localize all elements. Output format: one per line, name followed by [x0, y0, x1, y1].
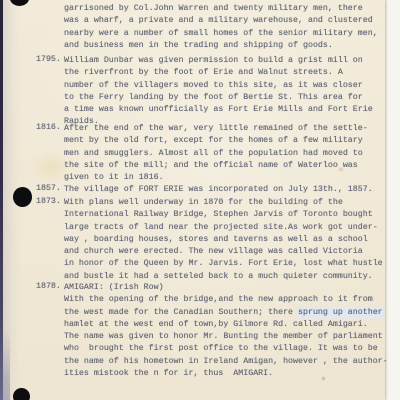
typed-line: the west made for the Canadian Southern;… [64, 307, 386, 319]
typed-line: and church were erected. The new village… [64, 246, 386, 258]
entry-year: 1857. [36, 184, 61, 193]
typed-line: given to it in 1816. [64, 172, 386, 184]
typed-line: William Dunbar was given permission to b… [64, 55, 386, 67]
entry-year: 1878. [36, 282, 61, 291]
typed-segment: the west made for the Canadian Southern;… [64, 308, 298, 317]
typed-line: number of the villagers moved to this si… [64, 80, 386, 92]
typed-line: With the opening of the bridge,and the n… [64, 294, 386, 306]
typed-line: and business men in the trading and ship… [64, 40, 386, 52]
entry-year: 1795. [36, 55, 61, 64]
typed-line: The name was given to honor Mr. Bunting … [64, 331, 386, 343]
typed-line: way , boarding houses, stores and tavern… [64, 234, 386, 246]
typed-line: The village of FORT ERIE was incorporate… [64, 184, 386, 196]
entry-lines: With plans well underway in 1870 for the… [64, 197, 386, 283]
entry-lines: AMIGARI: (Irish Row)With the opening of … [64, 282, 386, 380]
typed-line: International Railway Bridge, Stephen Ja… [64, 209, 386, 221]
typed-line: was a wharf, a private and a military wa… [64, 15, 386, 27]
typed-line: hamlet at the west end of town,by Gilmor… [64, 319, 386, 331]
typed-line: in honor of the Queen by Mr. Jarvis. For… [64, 258, 386, 270]
typed-line: garrisoned by Col.John Warren and twenty… [64, 3, 386, 15]
entry-lines: After the end of the war, very little re… [64, 123, 386, 184]
typed-line: With plans well underway in 1870 for the… [64, 197, 386, 209]
typed-line: After the end of the war, very little re… [64, 123, 386, 135]
highlighted-phrase: sprung up another [298, 308, 383, 317]
typed-line: large tracts of land near the projected … [64, 222, 386, 234]
typed-line: men and smugglers. Almost all of the pop… [64, 148, 386, 160]
typed-text: garrisoned by Col.John Warren and twenty… [0, 0, 400, 400]
typed-line: AMIGARI: (Irish Row) [64, 282, 386, 294]
scanned-page-photo: garrisoned by Col.John Warren and twenty… [0, 0, 400, 400]
entry-year: 1816. [36, 123, 61, 132]
entry-year: 1873. [36, 197, 61, 206]
typed-line: the riverfront by the foot of Erie and W… [64, 67, 386, 79]
typed-line: ment by the old fort, except for the hom… [64, 135, 386, 147]
typed-line: a time was known unofficially as Fort Er… [64, 104, 386, 116]
entry-lines: William Dunbar was given permission to b… [64, 55, 386, 129]
entry-lines: garrisoned by Col.John Warren and twenty… [64, 3, 386, 52]
typed-line: the site of the mill; and the official n… [64, 160, 386, 172]
typed-line: nearby were a number of small homes of t… [64, 28, 386, 40]
typed-line: ities mistook the n for ir, thus AMIGARI… [64, 368, 386, 380]
entry-lines: The village of FORT ERIE was incorporate… [64, 184, 386, 196]
typed-line: who brought the first post office to the… [64, 343, 386, 355]
typed-line: to the Ferry landing by the foot of Bert… [64, 92, 386, 104]
typed-line: the name of his hometown in Ireland Amig… [64, 356, 386, 368]
